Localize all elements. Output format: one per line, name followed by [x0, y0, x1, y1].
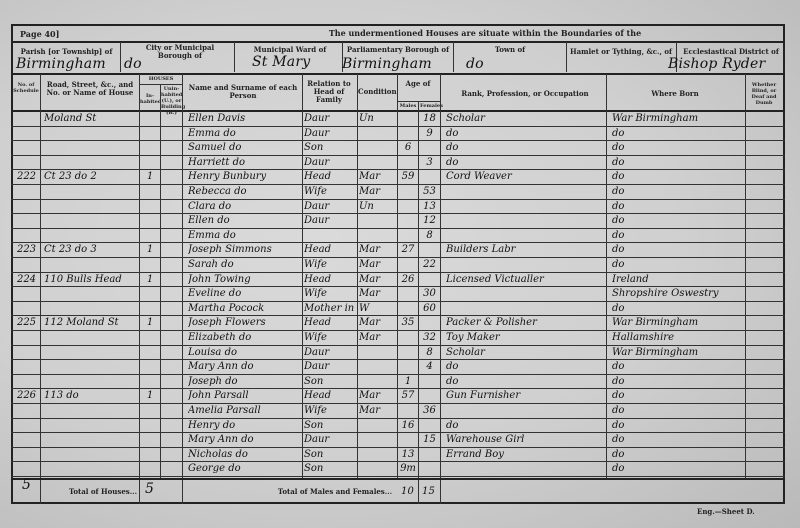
inhabited-cell: 1	[140, 389, 160, 403]
males-total: 10	[401, 486, 414, 498]
schedule-cell: 225	[13, 316, 40, 330]
name-cell: Amelia Parsall	[188, 404, 302, 418]
condition-cell: Mar	[359, 316, 397, 330]
occupation-cell: do	[446, 360, 604, 374]
relation-cell	[304, 229, 357, 243]
road-cell: Ct 23 do 2	[44, 170, 138, 184]
name-cell: Clara do	[188, 200, 302, 214]
birthplace-cell: do	[612, 229, 744, 243]
schedule-cell	[13, 156, 40, 170]
table-row: 224110 Bulls Head1John TowingHeadMar26Li…	[0, 273, 800, 287]
occupation-cell	[446, 462, 604, 476]
banner-text: The undermentioned Houses are situate wi…	[275, 29, 695, 38]
condition-cell	[359, 346, 397, 360]
road-cell	[44, 141, 138, 155]
female-age-cell	[419, 419, 440, 433]
road-cell	[44, 185, 138, 199]
row-rule	[11, 476, 785, 477]
table-row: Martha PocockMother in LawW60do	[0, 302, 800, 316]
name-cell: Sarah do	[188, 258, 302, 272]
road-cell: Ct 23 do 3	[44, 243, 138, 257]
relation-cell: Head	[304, 243, 357, 257]
occupation-cell	[446, 200, 604, 214]
condition-cell	[359, 375, 397, 389]
road-cell	[44, 346, 138, 360]
road-cell: 112 Moland St	[44, 316, 138, 330]
table-row: Emma do8do	[0, 229, 800, 243]
town-value: do	[466, 58, 484, 70]
condition-cell	[359, 127, 397, 141]
col-females: Females	[420, 103, 440, 109]
table-row: Rebecca doWifeMar53do	[0, 185, 800, 199]
birthplace-cell: do	[612, 200, 744, 214]
name-cell: Rebecca do	[188, 185, 302, 199]
relation-cell: Daur	[304, 127, 357, 141]
col-road: Road, Street, &c., and No. or Name of Ho…	[44, 81, 136, 97]
relation-cell: Wife	[304, 331, 357, 345]
schedule-cell	[13, 185, 40, 199]
occupation-cell: do	[446, 156, 604, 170]
road-cell: 113 do	[44, 389, 138, 403]
hamlet-label: Hamlet or Tything, &c., of	[568, 48, 674, 56]
birthplace-cell: Hallamshire	[612, 331, 744, 345]
condition-cell	[359, 229, 397, 243]
female-age-cell	[419, 141, 440, 155]
schedule-cell	[13, 200, 40, 214]
male-age-cell	[398, 302, 418, 316]
road-cell	[44, 331, 138, 345]
road-cell	[44, 127, 138, 141]
inhabited-cell	[140, 214, 160, 228]
name-cell: Joseph do	[188, 375, 302, 389]
relation-cell: Wife	[304, 185, 357, 199]
header-divider	[11, 73, 785, 75]
male-age-cell	[398, 214, 418, 228]
schedule-cell: 226	[13, 389, 40, 403]
table-row: Henry doSon16dodo	[0, 419, 800, 433]
condition-cell: W	[359, 302, 397, 316]
schedule-cell	[13, 214, 40, 228]
male-age-cell	[398, 360, 418, 374]
relation-cell: Son	[304, 419, 357, 433]
relation-cell: Daur	[304, 214, 357, 228]
male-age-cell	[398, 127, 418, 141]
schedule-cell	[13, 112, 40, 126]
relation-cell: Wife	[304, 287, 357, 301]
birthplace-cell: do	[612, 404, 744, 418]
occupation-cell: Builders Labr	[446, 243, 604, 257]
table-row: Joseph doSon1dodo	[0, 375, 800, 389]
female-age-cell: 9	[419, 127, 440, 141]
condition-cell	[359, 448, 397, 462]
col-infirm: Whether Blind, or Deaf and Dumb	[746, 82, 782, 106]
houses-inhabited-total: 5	[145, 483, 154, 495]
parish-label: Parish [or Township] of	[14, 48, 119, 56]
schedule-cell	[13, 433, 40, 447]
relation-cell: Daur	[304, 360, 357, 374]
condition-cell: Mar	[359, 287, 397, 301]
birthplace-cell: Shropshire Oswestry	[612, 287, 744, 301]
town-label: Town of	[456, 46, 564, 54]
dh-sep	[566, 42, 567, 72]
road-cell	[44, 375, 138, 389]
age-subdivider	[398, 101, 440, 102]
inhabited-cell	[140, 302, 160, 316]
female-age-cell	[419, 316, 440, 330]
relation-cell: Head	[304, 170, 357, 184]
birthplace-cell: do	[612, 360, 744, 374]
occupation-cell: do	[446, 141, 604, 155]
occupation-cell: Errand Boy	[446, 448, 604, 462]
table-row: Amelia ParsallWifeMar36do	[0, 404, 800, 418]
male-age-cell	[398, 258, 418, 272]
relation-cell: Wife	[304, 258, 357, 272]
female-age-cell: 8	[419, 229, 440, 243]
inhabited-cell	[140, 141, 160, 155]
female-age-cell: 36	[419, 404, 440, 418]
relation-cell: Son	[304, 375, 357, 389]
female-age-cell	[419, 243, 440, 257]
female-age-cell: 4	[419, 360, 440, 374]
schedule-cell	[13, 287, 40, 301]
male-age-cell: 27	[398, 243, 418, 257]
inhabited-cell	[140, 156, 160, 170]
female-age-cell: 30	[419, 287, 440, 301]
totals-divider	[11, 478, 785, 480]
name-cell: Elizabeth do	[188, 331, 302, 345]
parl-borough-value: Birmingham	[342, 58, 432, 70]
inhabited-cell	[140, 462, 160, 476]
female-age-cell: 12	[419, 214, 440, 228]
occupation-cell: Scholar	[446, 346, 604, 360]
female-age-cell	[419, 375, 440, 389]
name-cell: Martha Pocock	[188, 302, 302, 316]
col-males: Males	[399, 103, 417, 109]
male-age-cell	[398, 346, 418, 360]
schedule-cell	[13, 331, 40, 345]
name-cell: Nicholas do	[188, 448, 302, 462]
name-cell: Emma do	[188, 229, 302, 243]
birthplace-cell: do	[612, 462, 744, 476]
table-row: Louisa doDaur8ScholarWar Birmingham	[0, 346, 800, 360]
female-age-cell: 3	[419, 156, 440, 170]
schedule-cell: 222	[13, 170, 40, 184]
male-age-cell	[398, 229, 418, 243]
inhabited-cell	[140, 375, 160, 389]
occupation-cell	[446, 258, 604, 272]
borough-value: do	[124, 58, 142, 70]
name-cell: John Towing	[188, 273, 302, 287]
schedule-cell	[13, 360, 40, 374]
female-age-cell	[419, 170, 440, 184]
road-cell	[44, 419, 138, 433]
borough-label: City or Municipal Borough of	[130, 44, 230, 60]
relation-cell: Son	[304, 462, 357, 476]
road-cell	[44, 214, 138, 228]
table-row: Elizabeth doWifeMar32Toy MakerHallamshir…	[0, 331, 800, 345]
inhabited-cell	[140, 346, 160, 360]
road-cell	[44, 360, 138, 374]
road-cell	[44, 229, 138, 243]
schedule-cell	[13, 346, 40, 360]
occupation-cell	[446, 287, 604, 301]
birthplace-cell: do	[612, 185, 744, 199]
male-age-cell	[398, 185, 418, 199]
relation-cell: Wife	[304, 404, 357, 418]
inhabited-cell	[140, 448, 160, 462]
name-cell: Ellen Davis	[188, 112, 302, 126]
relation-cell: Mother in Law	[304, 302, 357, 316]
condition-cell	[359, 360, 397, 374]
birthplace-cell: do	[612, 389, 744, 403]
condition-cell	[359, 419, 397, 433]
inhabited-cell	[140, 404, 160, 418]
road-cell	[44, 302, 138, 316]
road-cell: 110 Bulls Head	[44, 273, 138, 287]
inhabited-cell	[140, 185, 160, 199]
table-row: Mary Ann doDaur4dodo	[0, 360, 800, 374]
birthplace-cell: do	[612, 448, 744, 462]
relation-cell: Daur	[304, 200, 357, 214]
condition-cell: Mar	[359, 243, 397, 257]
male-age-cell: 59	[398, 170, 418, 184]
col-name: Name and Surname of each Person	[188, 84, 298, 100]
male-age-cell	[398, 156, 418, 170]
col-houses: HOUSES	[140, 76, 182, 82]
col-condition: Condition	[358, 88, 396, 96]
male-age-cell: 9m	[398, 462, 418, 476]
male-age-cell: 13	[398, 448, 418, 462]
relation-cell: Daur	[304, 346, 357, 360]
schedule-total: 5	[22, 479, 31, 491]
schedule-cell	[13, 127, 40, 141]
inhabited-cell: 1	[140, 243, 160, 257]
table-row: George doSon9mdo	[0, 462, 800, 476]
male-age-cell	[398, 200, 418, 214]
schedule-cell	[13, 419, 40, 433]
col-inhabited: In-habited	[140, 93, 160, 105]
inhabited-cell	[140, 331, 160, 345]
inhabited-cell	[140, 287, 160, 301]
relation-cell: Daur	[304, 433, 357, 447]
inhabited-cell	[140, 433, 160, 447]
relation-cell: Son	[304, 448, 357, 462]
occupation-cell: do	[446, 375, 604, 389]
table-row: Emma doDaur9dodo	[0, 127, 800, 141]
schedule-cell	[13, 229, 40, 243]
female-age-cell	[419, 389, 440, 403]
name-cell: Mary Ann do	[188, 360, 302, 374]
parish-value: Birmingham	[16, 58, 106, 70]
sheet-label: Eng.—Sheet D.	[697, 507, 755, 516]
schedule-cell: 223	[13, 243, 40, 257]
male-age-cell	[398, 433, 418, 447]
inhabited-cell: 1	[140, 170, 160, 184]
inhabited-cell	[140, 258, 160, 272]
relation-cell: Daur	[304, 156, 357, 170]
condition-cell: Mar	[359, 404, 397, 418]
road-cell	[44, 258, 138, 272]
road-cell	[44, 462, 138, 476]
dh-sep	[453, 42, 454, 72]
name-cell: Mary Ann do	[188, 433, 302, 447]
male-age-cell	[398, 331, 418, 345]
name-cell: Henry Bunbury	[188, 170, 302, 184]
occupation-cell: Licensed Victualler	[446, 273, 604, 287]
male-age-cell	[398, 112, 418, 126]
female-age-cell	[419, 273, 440, 287]
occupation-cell	[446, 302, 604, 316]
inhabited-cell	[140, 127, 160, 141]
road-cell	[44, 404, 138, 418]
condition-cell: Mar	[359, 331, 397, 345]
condition-cell: Mar	[359, 185, 397, 199]
condition-cell	[359, 156, 397, 170]
male-age-cell: 16	[398, 419, 418, 433]
ward-label: Municipal Ward of	[240, 46, 340, 54]
relation-cell: Head	[304, 316, 357, 330]
female-age-cell: 13	[419, 200, 440, 214]
name-cell: Emma do	[188, 127, 302, 141]
condition-cell	[359, 214, 397, 228]
name-cell: Joseph Simmons	[188, 243, 302, 257]
table-row: Nicholas doSon13Errand Boydo	[0, 448, 800, 462]
male-age-cell	[398, 404, 418, 418]
female-age-cell: 15	[419, 433, 440, 447]
occupation-cell: Warehouse Girl	[446, 433, 604, 447]
table-row: 223Ct 23 do 31Joseph SimmonsHeadMar27Bui…	[0, 243, 800, 257]
occupation-cell	[446, 229, 604, 243]
table-row: Clara doDaurUn13do	[0, 200, 800, 214]
name-cell: Eveline do	[188, 287, 302, 301]
birthplace-cell: do	[612, 141, 744, 155]
col-schedule: No. of Schedule	[13, 82, 39, 94]
birthplace-cell: do	[612, 258, 744, 272]
occupation-cell: do	[446, 127, 604, 141]
birthplace-cell: do	[612, 419, 744, 433]
female-age-cell	[419, 448, 440, 462]
female-age-cell: 60	[419, 302, 440, 316]
name-cell: John Parsall	[188, 389, 302, 403]
birthplace-cell: do	[612, 214, 744, 228]
parl-borough-label: Parliamentary Borough of	[345, 46, 451, 54]
table-row: 225112 Moland St1Joseph FlowersHeadMar35…	[0, 316, 800, 330]
relation-cell: Daur	[304, 112, 357, 126]
inhabited-cell: 1	[140, 273, 160, 287]
birthplace-cell: do	[612, 170, 744, 184]
road-cell	[44, 156, 138, 170]
occupation-cell: Scholar	[446, 112, 604, 126]
schedule-cell	[13, 375, 40, 389]
schedule-cell	[13, 462, 40, 476]
eccl-district-label: Ecclesiastical District of	[678, 48, 784, 56]
female-age-cell	[419, 462, 440, 476]
occupation-cell: Toy Maker	[446, 331, 604, 345]
birthplace-cell: do	[612, 127, 744, 141]
persons-total-label: Total of Males and Females...	[270, 488, 400, 496]
female-age-cell: 18	[419, 112, 440, 126]
name-cell: Joseph Flowers	[188, 316, 302, 330]
occupation-cell: do	[446, 419, 604, 433]
table-row: Mary Ann doDaur15Warehouse Girldo	[0, 433, 800, 447]
condition-cell: Mar	[359, 170, 397, 184]
name-cell: Henry do	[188, 419, 302, 433]
birthplace-cell: do	[612, 433, 744, 447]
female-age-cell: 32	[419, 331, 440, 345]
inhabited-cell	[140, 200, 160, 214]
condition-cell: Mar	[359, 258, 397, 272]
name-cell: Samuel do	[188, 141, 302, 155]
table-row: Harriett doDaur3dodo	[0, 156, 800, 170]
inhabited-cell	[140, 112, 160, 126]
schedule-cell	[13, 258, 40, 272]
schedule-cell: 224	[13, 273, 40, 287]
name-cell: Louisa do	[188, 346, 302, 360]
name-cell: George do	[188, 462, 302, 476]
houses-total-label: Total of Houses...	[68, 488, 138, 496]
occupation-cell	[446, 185, 604, 199]
schedule-cell	[13, 141, 40, 155]
birthplace-cell: do	[612, 156, 744, 170]
birthplace-cell: War Birmingham	[612, 112, 744, 126]
inhabited-cell	[140, 419, 160, 433]
male-age-cell: 35	[398, 316, 418, 330]
ward-value: St Mary	[252, 56, 310, 68]
inhabited-cell	[140, 360, 160, 374]
birthplace-cell: War Birmingham	[612, 346, 744, 360]
schedule-cell	[13, 302, 40, 316]
birthplace-cell: do	[612, 243, 744, 257]
occupation-cell: Gun Furnisher	[446, 389, 604, 403]
relation-cell: Son	[304, 141, 357, 155]
dh-sep	[120, 42, 121, 72]
banner-divider	[11, 41, 785, 43]
condition-cell	[359, 433, 397, 447]
female-age-cell: 8	[419, 346, 440, 360]
col-born: Where Born	[620, 90, 730, 98]
road-cell	[44, 448, 138, 462]
birthplace-cell: War Birmingham	[612, 316, 744, 330]
table-row: 226113 do1John ParsallHeadMar57Gun Furni…	[0, 389, 800, 403]
dh-sep	[234, 42, 235, 72]
occupation-cell: Cord Weaver	[446, 170, 604, 184]
table-row: Eveline doWifeMar30Shropshire Oswestry	[0, 287, 800, 301]
eccl-district-value: Bishop Ryder	[668, 58, 765, 70]
birthplace-cell: do	[612, 302, 744, 316]
road-cell	[44, 287, 138, 301]
inhabited-cell: 1	[140, 316, 160, 330]
col-occupation: Rank, Profession, or Occupation	[450, 90, 600, 98]
schedule-cell	[13, 448, 40, 462]
name-cell: Harriett do	[188, 156, 302, 170]
table-row: Samuel doSon6dodo	[0, 141, 800, 155]
relation-cell: Head	[304, 389, 357, 403]
birthplace-cell: do	[612, 375, 744, 389]
occupation-cell	[446, 214, 604, 228]
occupation-cell: Packer & Polisher	[446, 316, 604, 330]
page-label: Page 40]	[20, 30, 59, 39]
col-age: Age of	[398, 80, 438, 88]
condition-cell: Un	[359, 200, 397, 214]
male-age-cell: 57	[398, 389, 418, 403]
male-age-cell	[398, 287, 418, 301]
road-cell	[44, 433, 138, 447]
census-sheet: Page 40] The undermentioned Houses are s…	[0, 0, 800, 528]
road-cell	[44, 200, 138, 214]
table-row: Sarah doWifeMar22do	[0, 258, 800, 272]
table-row: Ellen doDaur12do	[0, 214, 800, 228]
female-age-cell: 53	[419, 185, 440, 199]
